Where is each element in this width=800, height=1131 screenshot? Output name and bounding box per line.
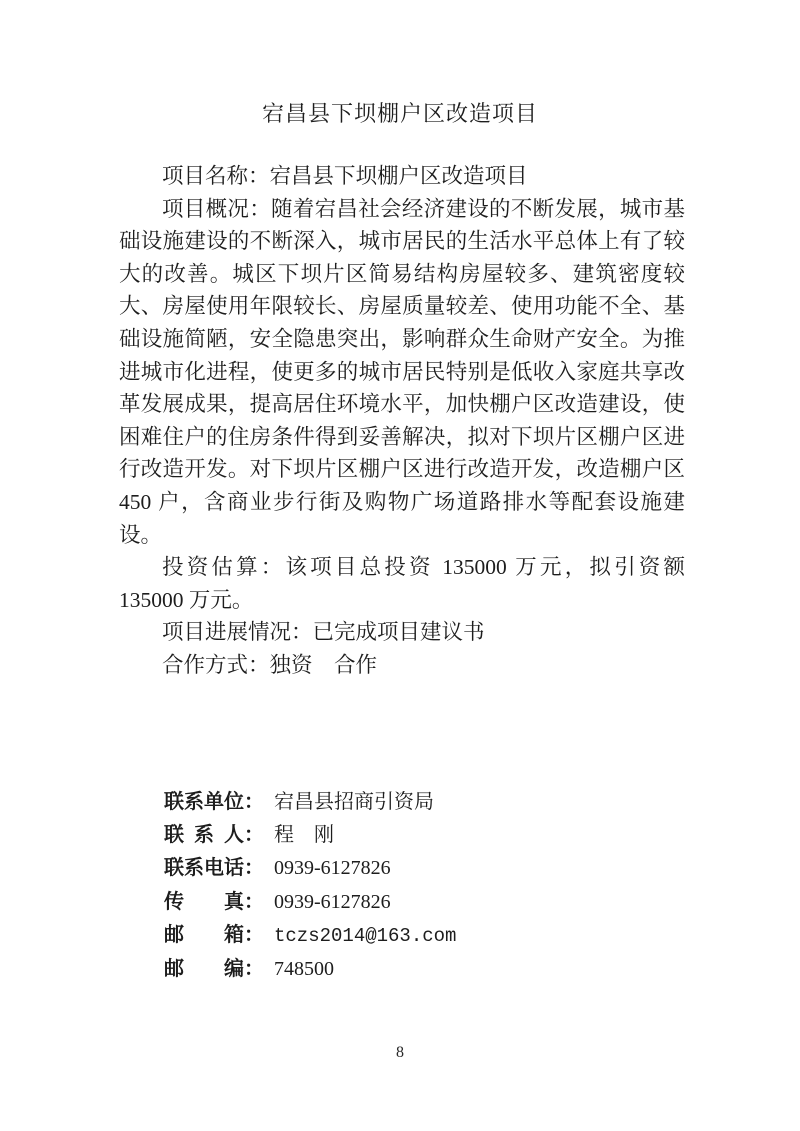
paragraph-cooperation-mode: 合作方式：独资 合作 <box>119 649 685 682</box>
paragraph-investment-estimate: 投资估算：该项目总投资 135000 万元，拟引资额 135000 万元。 <box>119 551 685 616</box>
contact-row-person: 联系人：程 刚 <box>164 819 456 852</box>
contact-postcode-value: 748500 <box>274 958 334 980</box>
contact-colon: ： <box>244 791 264 813</box>
contact-row-unit: 联系单位：宕昌县招商引资局 <box>164 786 456 819</box>
contact-fax-value: 0939-6127826 <box>274 891 391 913</box>
page-number: 8 <box>0 1044 800 1062</box>
paragraph-project-overview: 项目概况：随着宕昌社会经济建设的不断发展，城市基础设施建设的不断深入，城市居民的… <box>119 193 685 552</box>
paragraph-project-progress: 项目进展情况：已完成项目建议书 <box>119 616 685 649</box>
contact-colon: ： <box>244 824 264 846</box>
document-body: 项目名称：宕昌县下坝棚户区改造项目 项目概况：随着宕昌社会经济建设的不断发展，城… <box>119 160 685 682</box>
contact-unit-value: 宕昌县招商引资局 <box>274 791 434 813</box>
contact-colon: ： <box>244 924 264 946</box>
contact-row-email: 邮箱：tczs2014@163.com <box>164 919 456 953</box>
document-title: 宕昌县下坝棚户区改造项目 <box>0 97 800 128</box>
contact-info-block: 联系单位：宕昌县招商引资局 联系人：程 刚 联系电话：0939-6127826 … <box>164 786 456 986</box>
contact-fax-label: 传真 <box>164 886 244 919</box>
contact-email-value: tczs2014@163.com <box>274 925 456 947</box>
contact-postcode-label: 邮编 <box>164 953 244 986</box>
contact-colon: ： <box>244 958 264 980</box>
contact-phone-value: 0939-6127826 <box>274 857 391 879</box>
contact-email-label: 邮箱 <box>164 919 244 952</box>
contact-colon: ： <box>244 857 264 879</box>
contact-row-postcode: 邮编：748500 <box>164 953 456 986</box>
contact-row-fax: 传真：0939-6127826 <box>164 886 456 919</box>
contact-row-phone: 联系电话：0939-6127826 <box>164 852 456 885</box>
document-page: 宕昌县下坝棚户区改造项目 项目名称：宕昌县下坝棚户区改造项目 项目概况：随着宕昌… <box>0 0 800 1131</box>
contact-colon: ： <box>244 891 264 913</box>
contact-person-label: 联系人 <box>164 819 244 852</box>
paragraph-project-name: 项目名称：宕昌县下坝棚户区改造项目 <box>119 160 685 193</box>
contact-unit-label: 联系单位 <box>164 786 244 819</box>
contact-phone-label: 联系电话 <box>164 852 244 885</box>
contact-person-value: 程 刚 <box>274 824 334 846</box>
